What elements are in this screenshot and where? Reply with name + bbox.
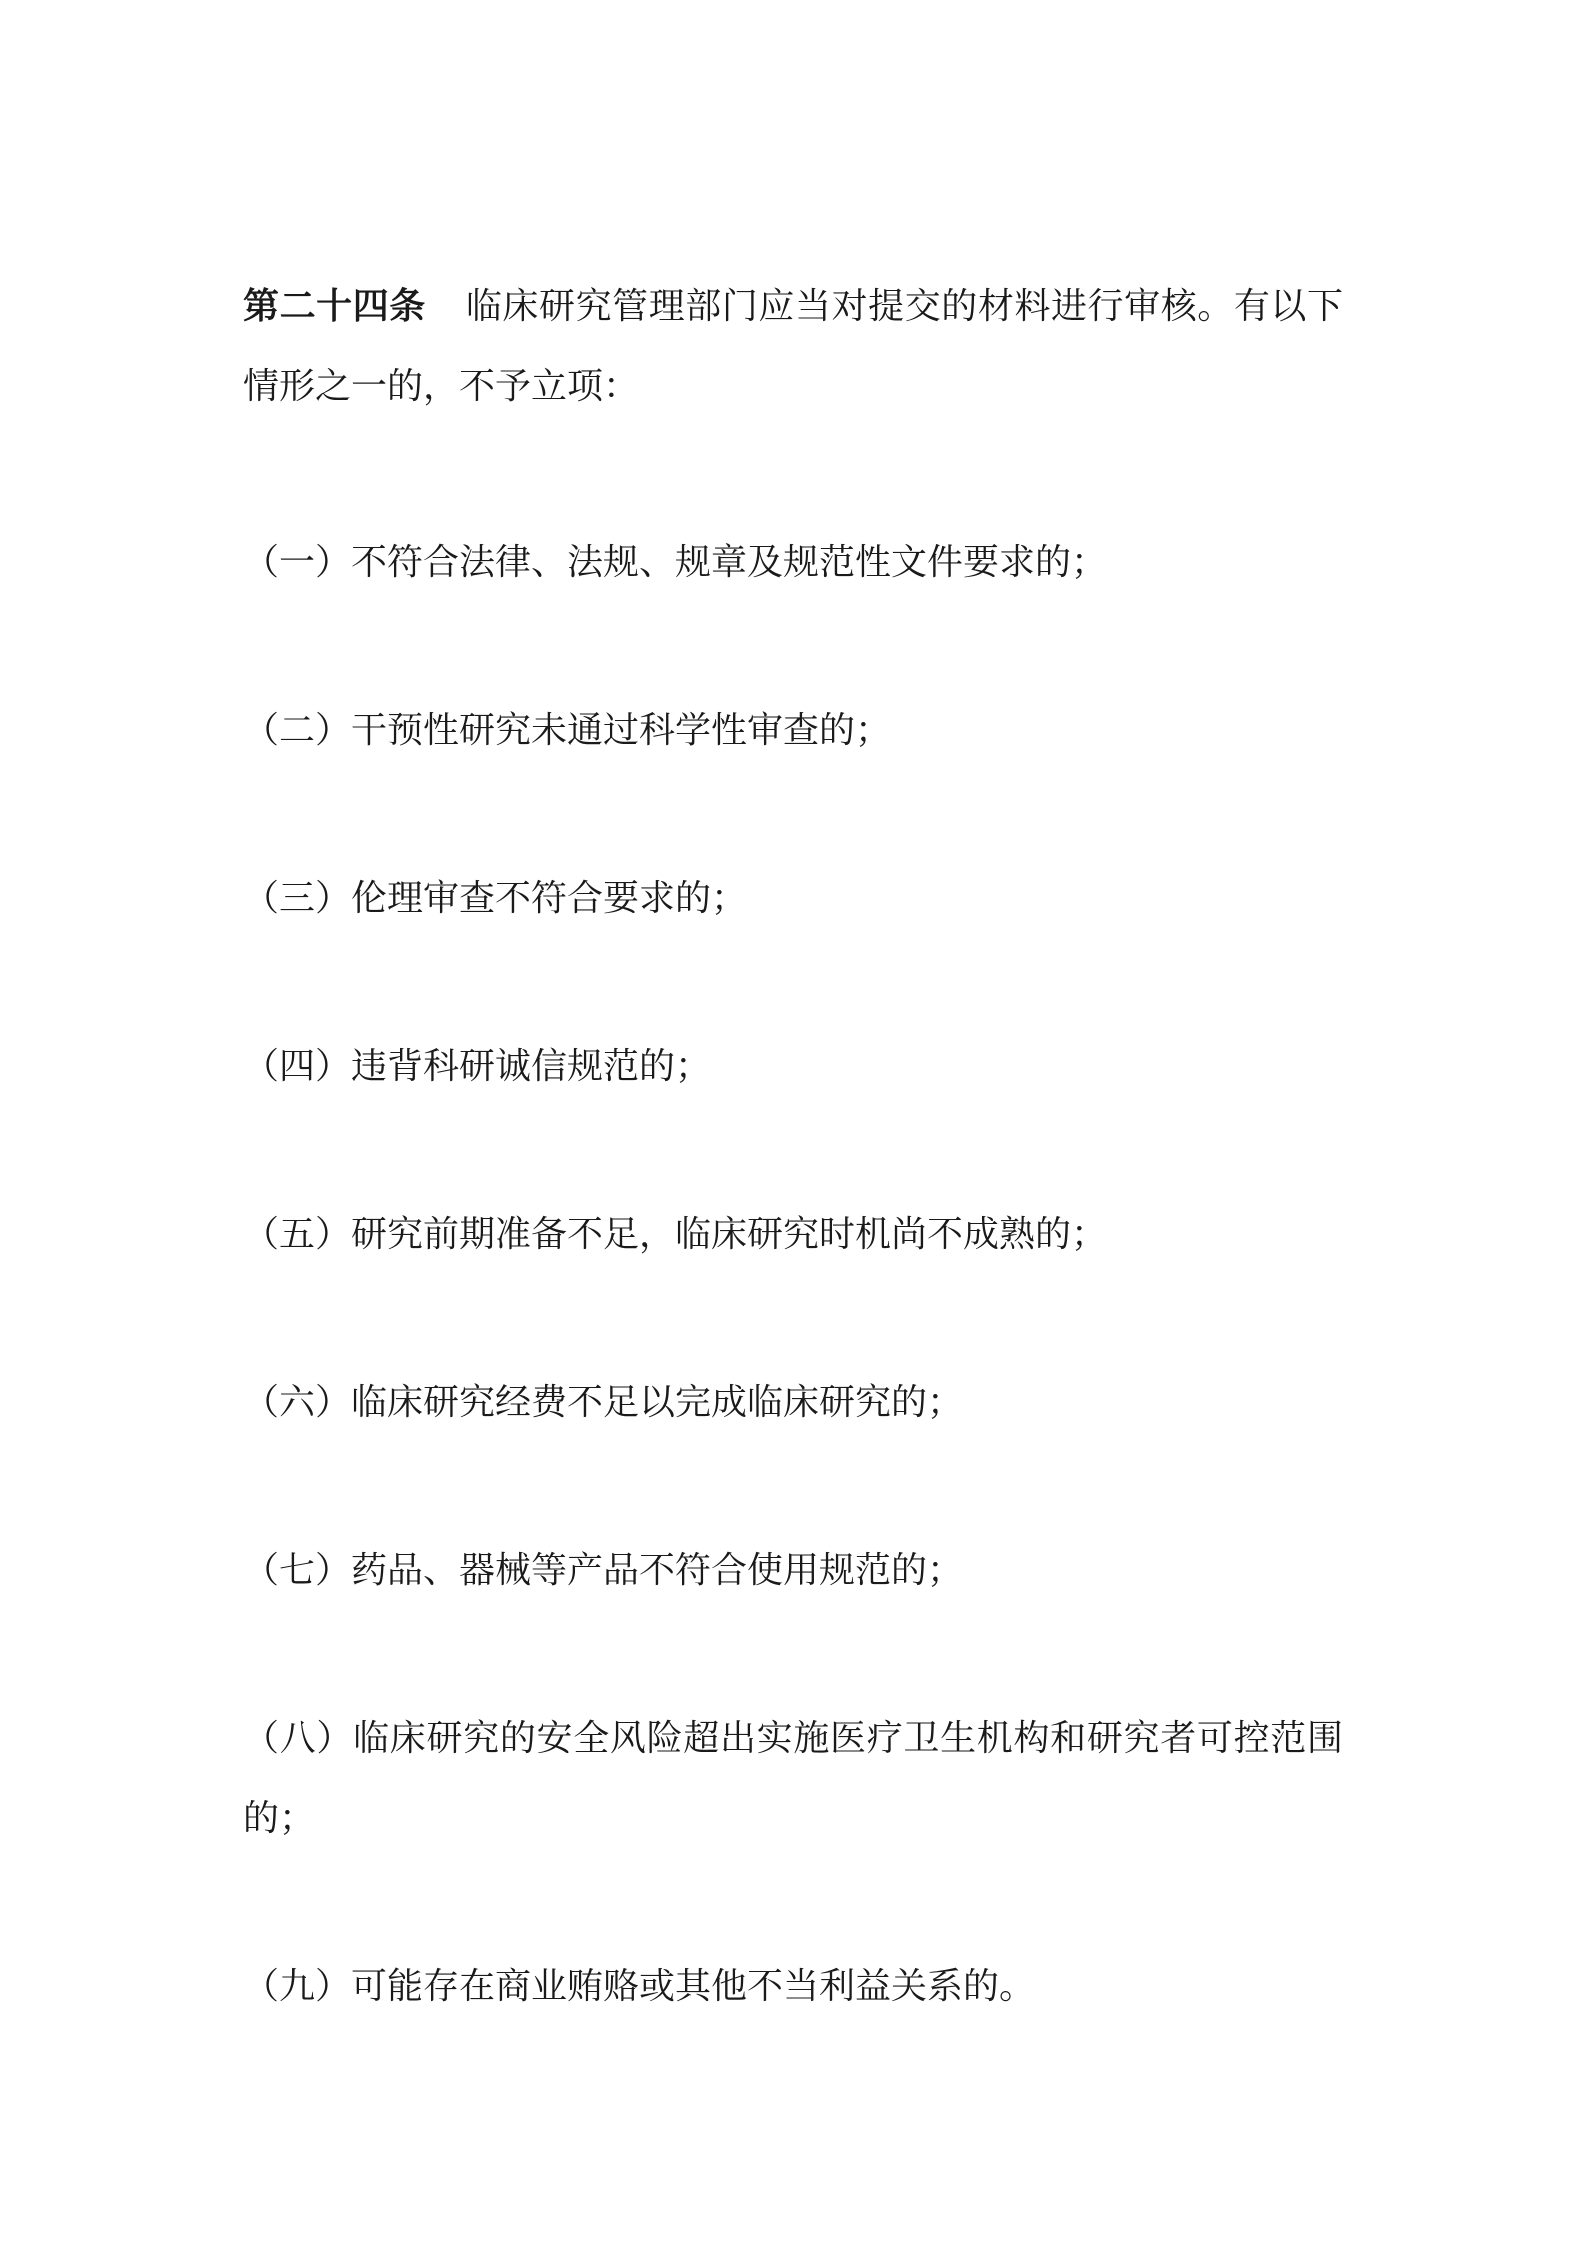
list-item-1: （一）不符合法律、法规、规章及规范性文件要求的； — [243, 522, 1343, 602]
list-item-6: （六）临床研究经费不足以完成临床研究的； — [243, 1362, 1343, 1442]
article-paragraph: 第二十四条临床研究管理部门应当对提交的材料进行审核。有以下情形之一的，不予立项： — [243, 266, 1343, 426]
list-item-4: （四）违背科研诚信规范的； — [243, 1026, 1343, 1106]
list-item-3: （三）伦理审查不符合要求的； — [243, 858, 1343, 938]
list-item-7: （七）药品、器械等产品不符合使用规范的； — [243, 1530, 1343, 1610]
list-item-8: （八）临床研究的安全风险超出实施医疗卫生机构和研究者可控范围的； — [243, 1698, 1343, 1858]
article-number: 第二十四条 — [243, 286, 426, 326]
list-item-2: （二）干预性研究未通过科学性审查的； — [243, 690, 1343, 770]
list-item-5: （五）研究前期准备不足，临床研究时机尚不成熟的； — [243, 1194, 1343, 1274]
list-item-9: （九）可能存在商业贿赂或其他不当利益关系的。 — [243, 1946, 1343, 2026]
document-page: 第二十四条临床研究管理部门应当对提交的材料进行审核。有以下情形之一的，不予立项：… — [0, 0, 1587, 2245]
